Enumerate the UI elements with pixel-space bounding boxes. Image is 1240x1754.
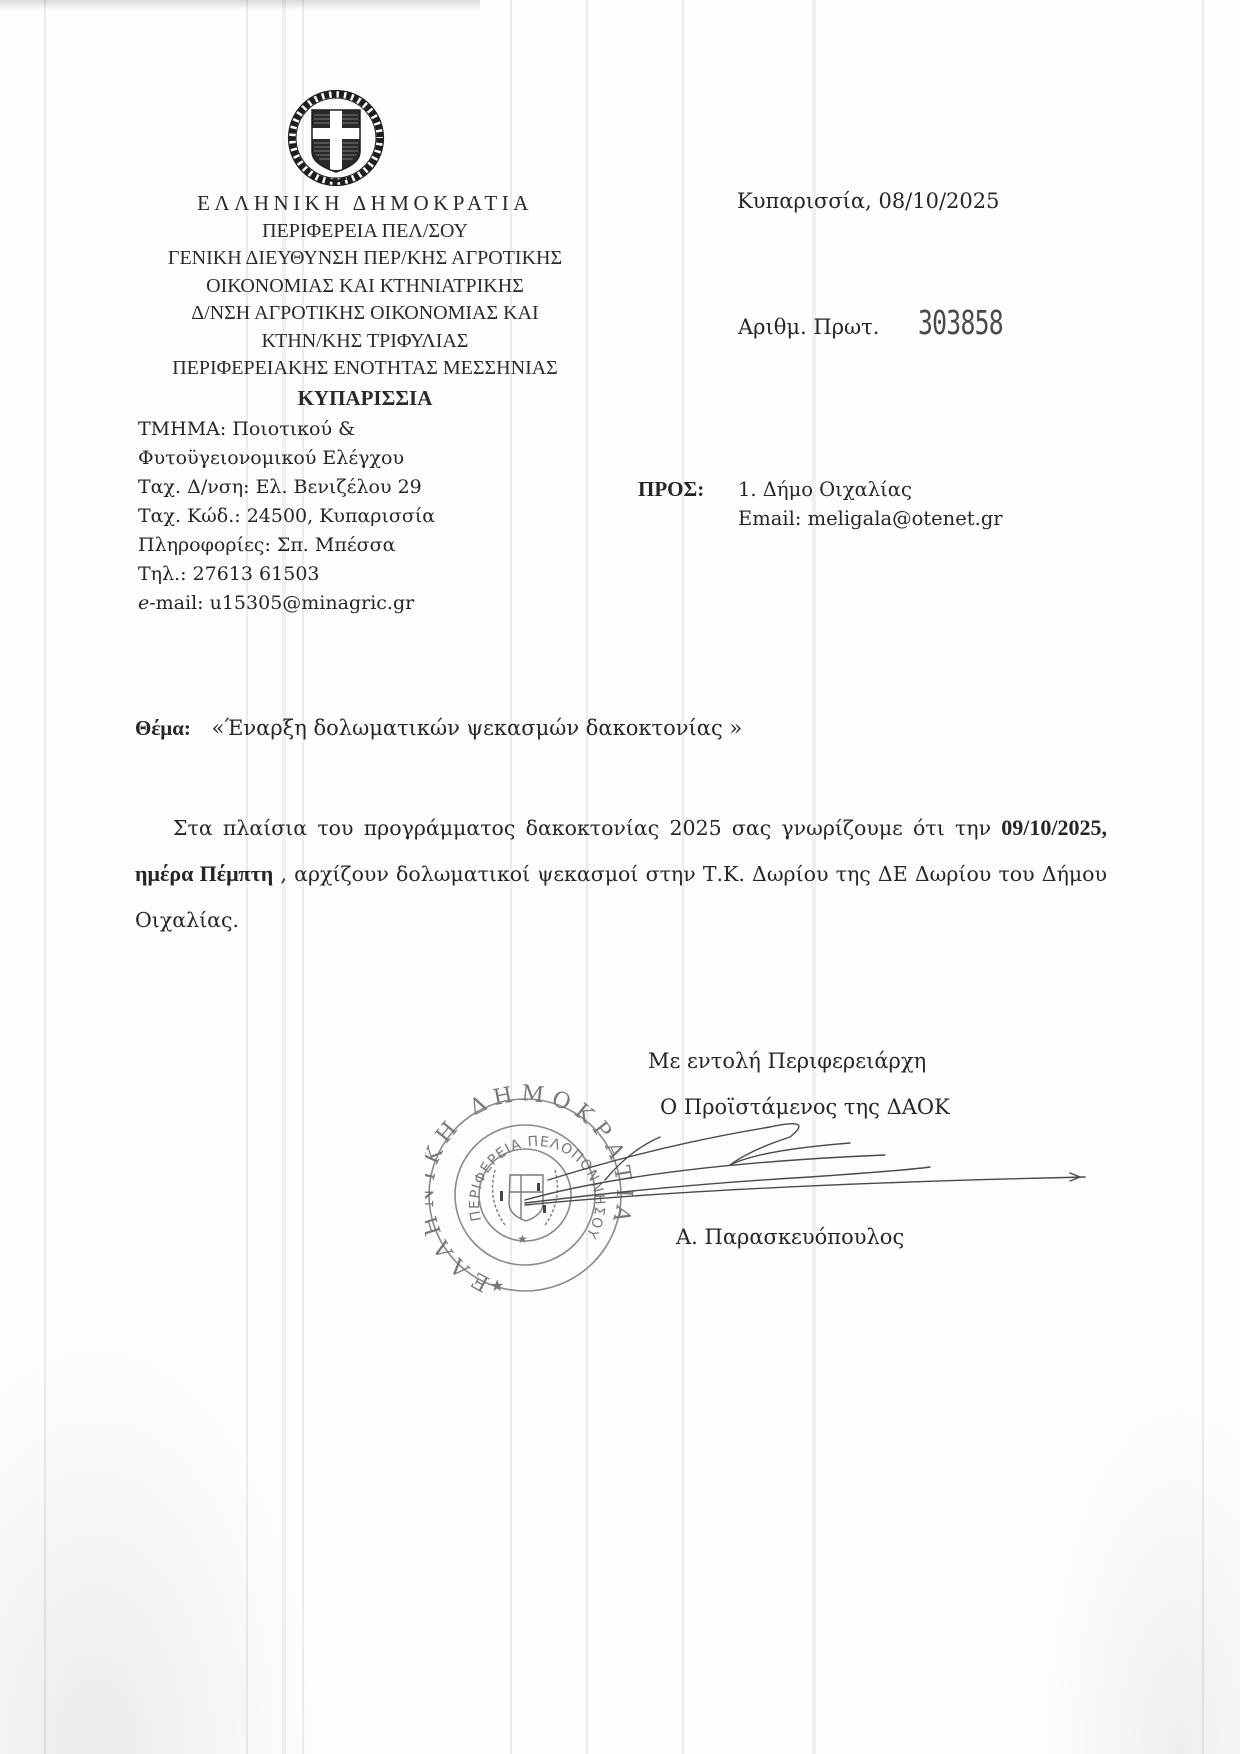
protocol-number: 303858	[918, 303, 1003, 342]
authority-line: Με εντολή Περιφερειάρχη	[648, 1038, 950, 1084]
country-name: ΕΛΛΗΝΙΚΗ ΔΗΜΟΚΡΑΤΙΑ	[120, 190, 610, 218]
postal-code: Ταχ. Κώδ.: 24500, Κυπαρισσία	[138, 502, 435, 531]
issuer-line: ΠΕΡΙΦΕΡΕΙΑ ΠΕΛ/ΣΟΥ	[120, 218, 610, 246]
postal-address: Ταχ. Δ/νση: Ελ. Βενιζέλου 29	[138, 473, 435, 502]
start-day: ημέρα Πέμπτη	[135, 861, 273, 886]
issuer-header: ΕΛΛΗΝΙΚΗ ΔΗΜΟΚΡΑΤΙΑ ΠΕΡΙΦΕΡΕΙΑ ΠΕΛ/ΣΟΥ Γ…	[120, 190, 610, 412]
contact-info: ΤΜΗΜΑ: Ποιοτικού & Φυτοϋγειονομικού Ελέγ…	[138, 415, 435, 618]
department-continued: Φυτοϋγειονομικού Ελέγχου	[138, 444, 435, 473]
protocol-label: Αριθμ. Πρωτ.	[738, 315, 879, 339]
document-page: ΕΛΛΗΝΙΚΗ ΔΗΜΟΚΡΑΤΙΑ ΠΕΡΙΦΕΡΕΙΑ ΠΕΛ/ΣΟΥ Γ…	[0, 0, 1240, 1754]
issuer-line: Δ/ΝΣΗ ΑΓΡΟΤΙΚΗΣ ΟΙΚΟΝΟΜΙΑΣ ΚΑΙ	[120, 300, 610, 328]
issuer-line: ΠΕΡΙΦΕΡΕΙΑΚΗΣ ΕΝΟΤΗΤΑΣ ΜΕΣΣΗΝΙΑΣ	[120, 355, 610, 383]
greek-coat-of-arms-icon	[286, 88, 386, 192]
department: ΤΜΗΜΑ: Ποιοτικού &	[138, 415, 435, 444]
svg-text:★: ★	[490, 1276, 504, 1295]
issuer-city: ΚΥΠΑΡΙΣΣΙΑ	[120, 385, 610, 413]
scan-streak	[44, 0, 46, 1754]
signer-title: Ο Προϊστάμενος της ΔΑΟΚ	[648, 1084, 950, 1130]
start-date: 09/10/2025,	[1001, 815, 1107, 840]
subject-line: Θέμα: «Έναρξη δολωματικών ψεκασμών δακοκ…	[135, 716, 742, 741]
subject-text: «Έναρξη δολωματικών ψεκασμών δακοκτονίας…	[212, 716, 743, 740]
protocol-number-row: Αριθμ. Πρωτ. 303858	[738, 315, 879, 339]
signer-name: Α. Παρασκευόπουλος	[676, 1225, 904, 1249]
scan-shadow-top	[0, 0, 480, 10]
svg-text:★: ★	[517, 1232, 528, 1246]
scan-shadow-bottom-right	[1040, 1394, 1240, 1754]
place-and-date: Κυπαρισσία, 08/10/2025	[737, 189, 1000, 213]
recipient-name: 1. Δήμο Οιχαλίας	[738, 475, 1003, 504]
scan-streak	[1202, 0, 1204, 1754]
signature-block: Με εντολή Περιφερειάρχη Ο Προϊστάμενος τ…	[648, 1038, 950, 1130]
information-contact: Πληροφορίες: Σπ. Μπέσσα	[138, 531, 435, 560]
recipient-email: Email: meligala@otenet.gr	[738, 504, 1003, 533]
issuer-line: ΟΙΚΟΝΟΜΙΑΣ ΚΑΙ ΚΤΗΝΙΑΤΡΙΚΗΣ	[120, 273, 610, 301]
body-paragraph: Στα πλαίσια του προγράμματος δακοκτονίας…	[135, 805, 1107, 943]
email-address: e-mail: u15305@minagric.gr	[138, 589, 435, 618]
recipient-label: ΠΡΟΣ:	[638, 475, 704, 504]
phone-number: Τηλ.: 27613 61503	[138, 560, 435, 589]
scan-shadow-bottom-left	[0, 1334, 320, 1754]
issuer-line: ΓΕΝΙΚΗ ΔΙΕΥΘΥΝΣΗ ΠΕΡ/ΚΗΣ ΑΓΡΟΤΙΚΗΣ	[120, 245, 610, 273]
issuer-line: ΚΤΗΝ/ΚΗΣ ΤΡΙΦΥΛΙΑΣ	[120, 328, 610, 356]
subject-label: Θέμα:	[135, 716, 191, 740]
